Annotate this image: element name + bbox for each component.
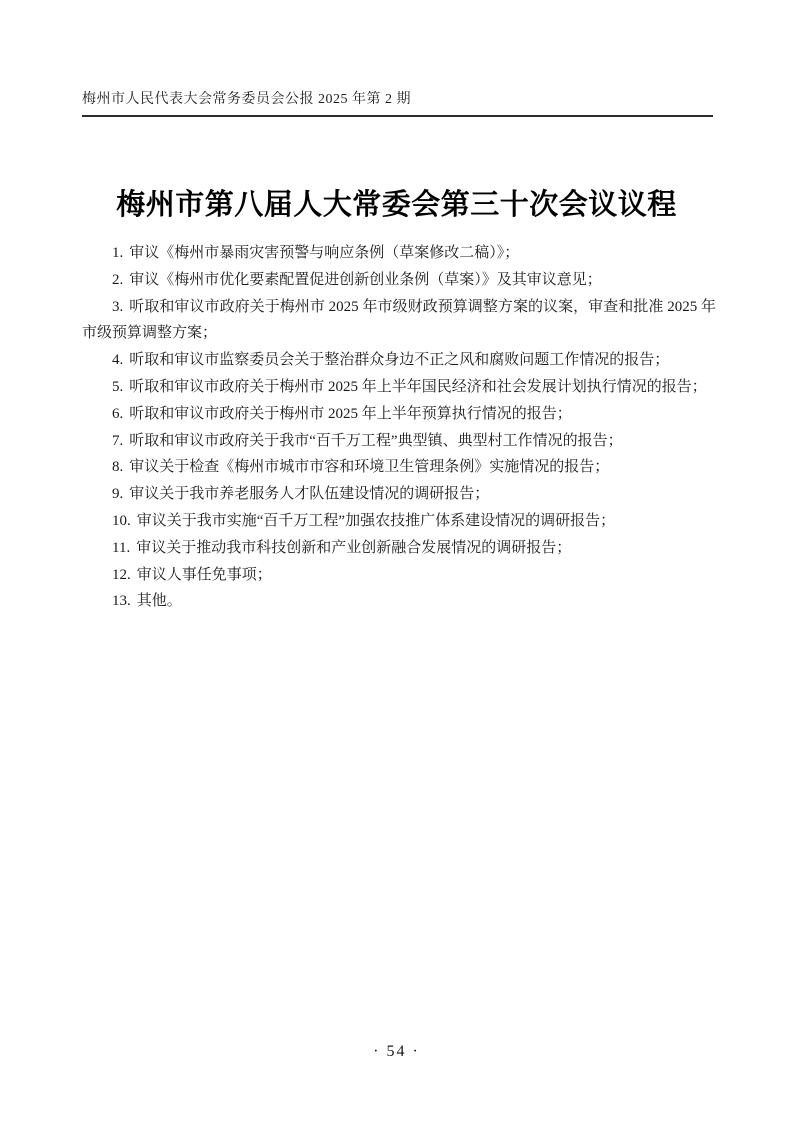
agenda-item-number: 5. — [112, 379, 123, 395]
agenda-item-number: 11. — [112, 540, 130, 556]
agenda-item-number: 6. — [112, 406, 123, 422]
agenda-item-number: 7. — [112, 433, 123, 449]
agenda-item-text: 审议人事任免事项； — [137, 567, 272, 583]
agenda-item-4: 4.听取和审议市监察委员会关于整治群众身边不正之风和腐败问题工作情况的报告； — [82, 347, 716, 374]
agenda-item-13: 13.其他。 — [82, 588, 716, 615]
document-title: 梅州市第八届人大常委会第三十次会议议程 — [0, 185, 793, 225]
agenda-item-text: 审议关于我市实施“百千万工程”加强农技推广体系建设情况的调研报告； — [137, 513, 615, 529]
agenda-item-text: 审议关于检查《梅州市城市市容和环境卫生管理条例》实施情况的报告； — [129, 459, 609, 475]
agenda-item-text: 听取和审议市监察委员会关于整治群众身边不正之风和腐败问题工作情况的报告； — [129, 352, 669, 368]
agenda-item-1: 1.审议《梅州市暴雨灾害预警与响应条例（草案修改二稿）》； — [82, 240, 716, 267]
agenda-item-3: 3.听取和审议市政府关于梅州市 2025 年市级财政预算调整方案的议案，审查和批… — [82, 294, 716, 348]
running-header: 梅州市人民代表大会常务委员会公报 2025 年第 2 期 — [82, 91, 714, 108]
agenda-item-text: 审议关于我市养老服务人才队伍建设情况的调研报告； — [129, 486, 489, 502]
agenda-item-2: 2.审议《梅州市优化要素配置促进创新创业条例（草案）》及其审议意见； — [82, 267, 716, 294]
agenda-item-number: 10. — [112, 513, 131, 529]
agenda-list: 1.审议《梅州市暴雨灾害预警与响应条例（草案修改二稿）》； 2.审议《梅州市优化… — [82, 240, 716, 615]
agenda-item-5: 5.听取和审议市政府关于梅州市 2025 年上半年国民经济和社会发展计划执行情况… — [82, 374, 716, 401]
agenda-item-number: 13. — [112, 593, 131, 609]
agenda-item-text: 听取和审议市政府关于梅州市 2025 年市级财政预算调整方案的议案，审查和批准 … — [82, 299, 716, 342]
agenda-item-text: 审议《梅州市暴雨灾害预警与响应条例（草案修改二稿）》； — [129, 245, 519, 261]
bulletin-page: 梅州市人民代表大会常务委员会公报 2025 年第 2 期 梅州市第八届人大常委会… — [0, 0, 793, 1122]
agenda-item-number: 12. — [112, 567, 131, 583]
header-divider — [82, 115, 713, 117]
agenda-item-text: 听取和审议市政府关于梅州市 2025 年上半年预算执行情况的报告； — [129, 406, 572, 422]
agenda-item-number: 2. — [112, 272, 123, 288]
agenda-item-10: 10.审议关于我市实施“百千万工程”加强农技推广体系建设情况的调研报告； — [82, 508, 716, 535]
agenda-item-11: 11.审议关于推动我市科技创新和产业创新融合发展情况的调研报告； — [82, 535, 716, 562]
agenda-item-12: 12.审议人事任免事项； — [82, 562, 716, 589]
agenda-item-text: 听取和审议市政府关于我市“百千万工程”典型镇、典型村工作情况的报告； — [129, 433, 622, 449]
agenda-item-number: 8. — [112, 459, 123, 475]
page-number: · 54 · — [0, 1042, 793, 1062]
agenda-item-text: 其他。 — [137, 593, 182, 609]
agenda-item-9: 9.审议关于我市养老服务人才队伍建设情况的调研报告； — [82, 481, 716, 508]
agenda-item-text: 审议关于推动我市科技创新和产业创新融合发展情况的调研报告； — [136, 540, 571, 556]
agenda-item-number: 4. — [112, 352, 123, 368]
agenda-item-number: 1. — [112, 245, 123, 261]
agenda-item-number: 9. — [112, 486, 123, 502]
agenda-item-text: 听取和审议市政府关于梅州市 2025 年上半年国民经济和社会发展计划执行情况的报… — [129, 379, 707, 395]
agenda-item-text: 审议《梅州市优化要素配置促进创新创业条例（草案）》及其审议意见； — [129, 272, 602, 288]
agenda-item-6: 6.听取和审议市政府关于梅州市 2025 年上半年预算执行情况的报告； — [82, 401, 716, 428]
agenda-item-7: 7.听取和审议市政府关于我市“百千万工程”典型镇、典型村工作情况的报告； — [82, 428, 716, 455]
agenda-item-number: 3. — [112, 299, 123, 315]
agenda-item-8: 8.审议关于检查《梅州市城市市容和环境卫生管理条例》实施情况的报告； — [82, 454, 716, 481]
